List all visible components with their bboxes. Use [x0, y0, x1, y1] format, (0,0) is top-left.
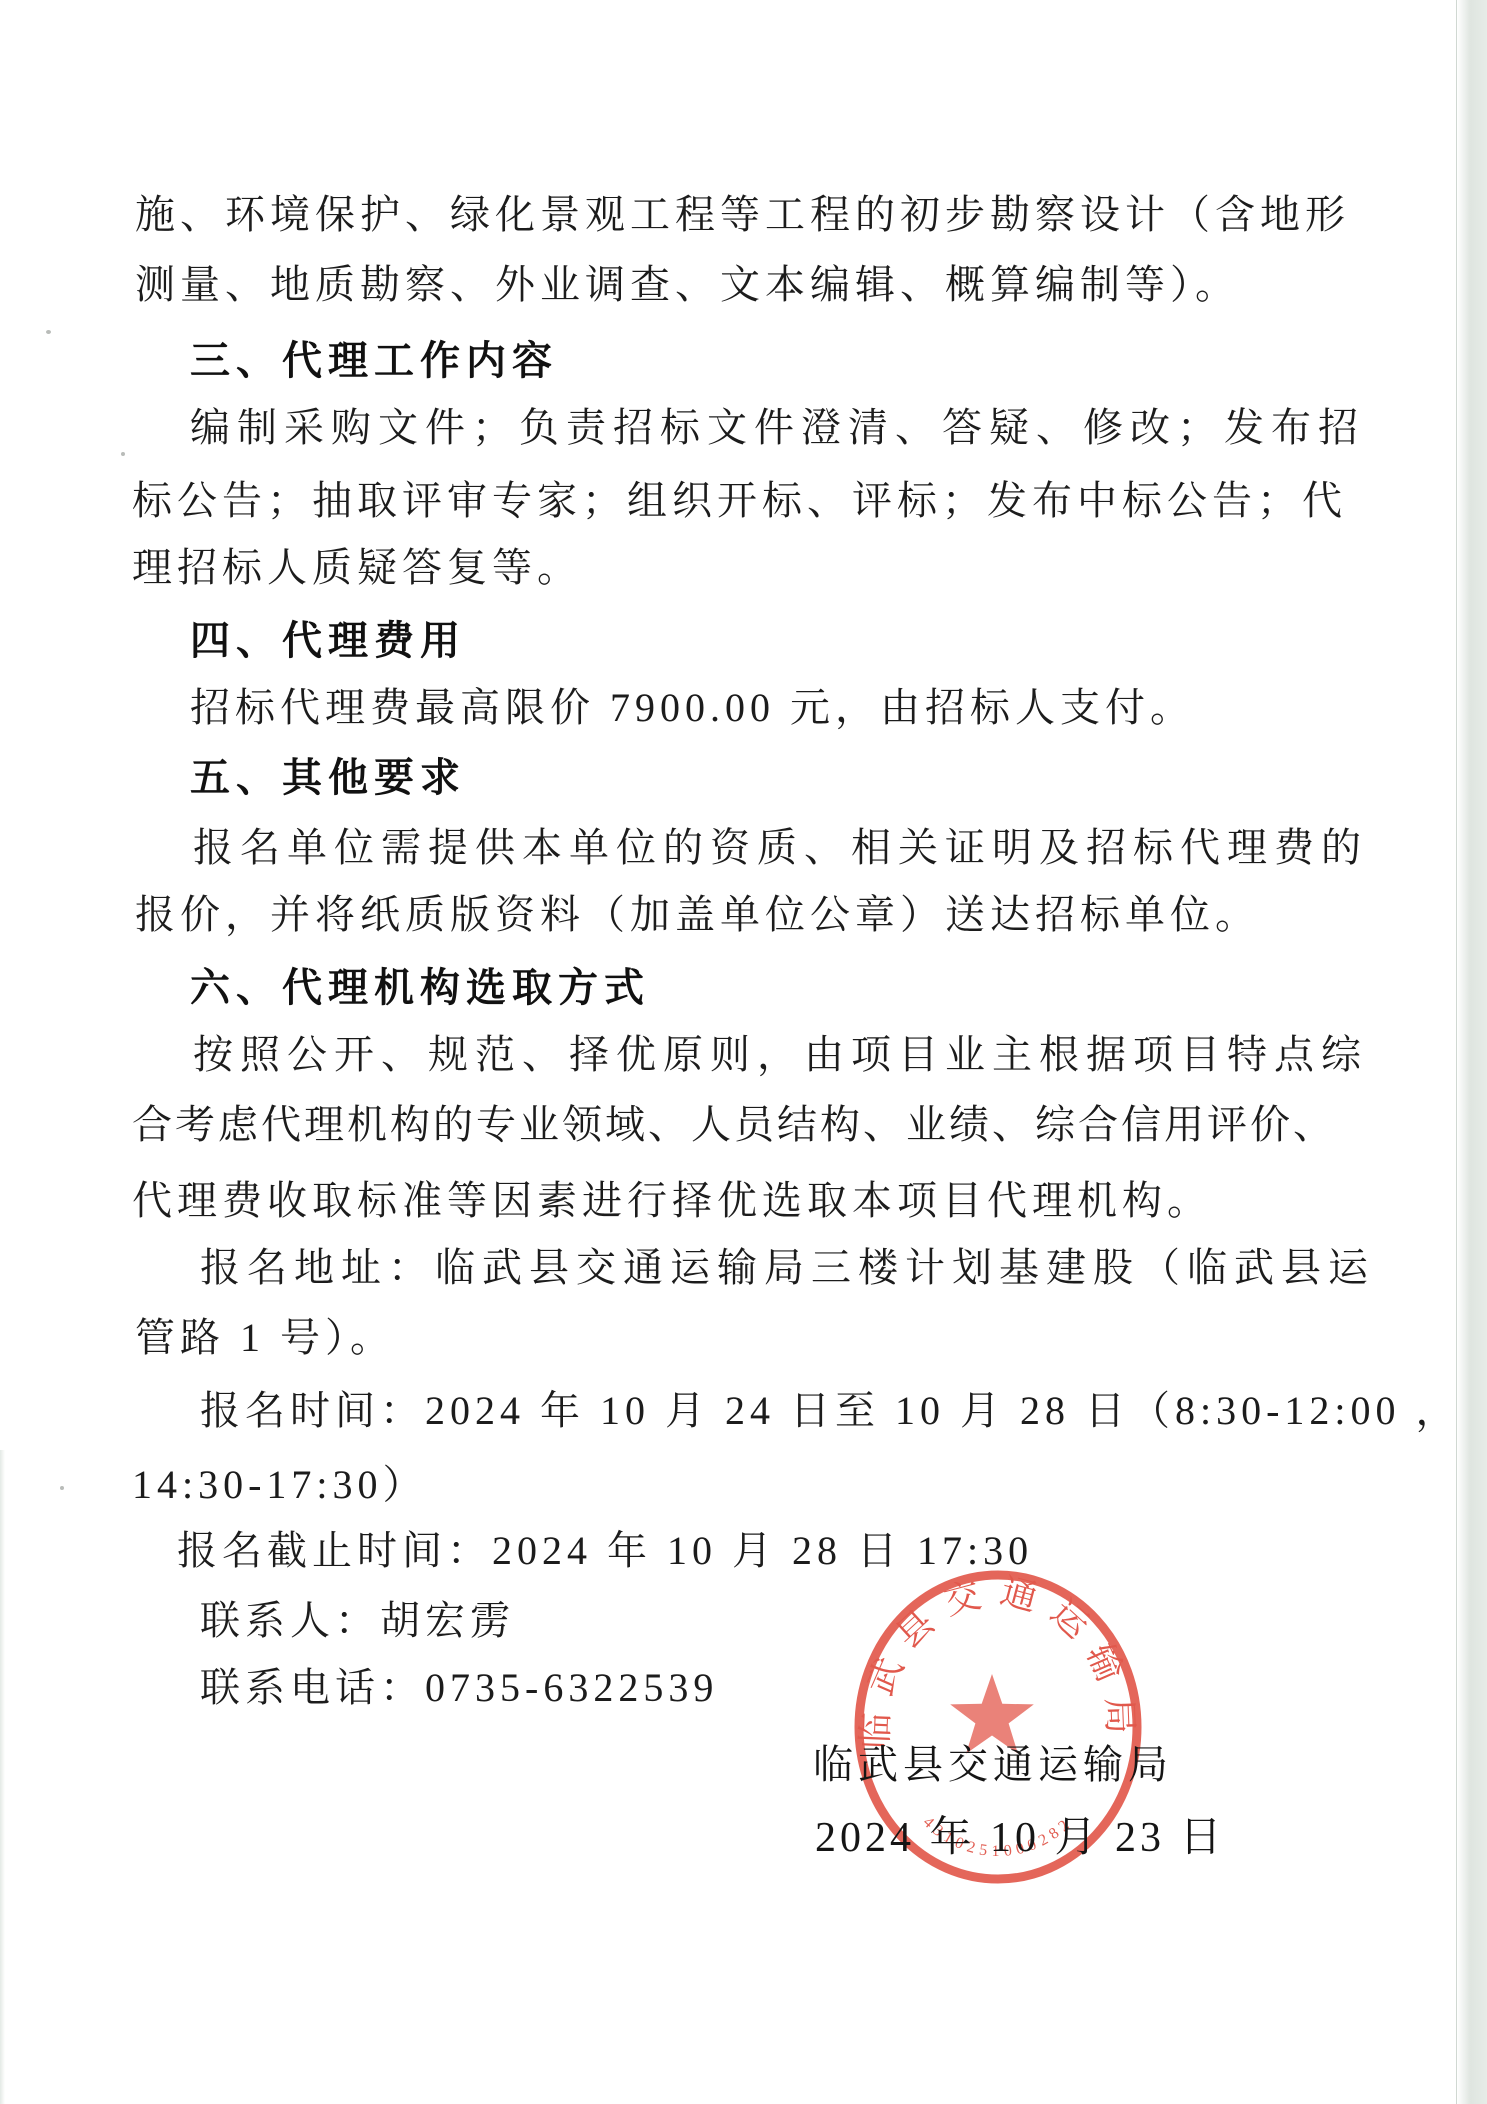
- signup-address-line: 报名地址：临武县交通运输局三楼计划基建股（临武县运: [200, 1246, 1375, 1290]
- paragraph-line: 按照公开、规范、择优原则，由项目业主根据项目特点综: [193, 1033, 1368, 1077]
- paragraph-line: 合考虑代理机构的专业领域、人员结构、业绩、综合信用评价、: [132, 1103, 1336, 1147]
- scan-speck: [60, 1486, 64, 1490]
- paragraph-line: 理招标人质疑答复等。: [132, 546, 582, 590]
- signup-time-line: 报名时间：2024 年 10 月 24 日至 10 月 28 日（8:30-12…: [200, 1389, 1461, 1433]
- signup-address-line: 管路 1 号）。: [135, 1316, 395, 1360]
- signup-time-line: 14:30-17:30）: [132, 1463, 428, 1507]
- paragraph-line: 施、环境保护、绿化景观工程等工程的初步勘察设计（含地形: [135, 193, 1350, 237]
- paragraph-line: 编制采购文件；负责招标文件澄清、答疑、修改；发布招: [190, 406, 1365, 450]
- paragraph-line: 报价，并将纸质版资料（加盖单位公章）送达招标单位。: [135, 893, 1260, 937]
- paragraph-line: 招标代理费最高限价 7900.00 元，由招标人支付。: [190, 686, 1195, 730]
- section-heading-3: 三、代理工作内容: [190, 339, 558, 383]
- contact-person-line: 联系人：胡宏雳: [200, 1599, 515, 1643]
- paragraph-line: 报名单位需提供本单位的资质、相关证明及招标代理费的: [193, 826, 1368, 870]
- signature-date: 2024 年 10 月 23 日: [815, 1804, 1226, 1864]
- signature-org: 临武县交通运输局: [813, 1733, 1173, 1790]
- paragraph-line: 测量、地质勘察、外业调查、文本编辑、概算编制等）。: [135, 263, 1240, 307]
- section-heading-5: 五、其他要求: [190, 756, 466, 800]
- scan-edge-artifact: [1456, 0, 1487, 2104]
- paragraph-line: 代理费收取标准等因素进行择优选取本项目代理机构。: [132, 1179, 1212, 1223]
- scan-speck: [46, 330, 51, 334]
- paragraph-line: 标公告；抽取评审专家；组织开标、评标；发布中标公告；代: [132, 479, 1347, 523]
- signup-deadline-line: 报名截止时间：2024 年 10 月 28 日 17:30: [177, 1529, 1033, 1573]
- scan-edge-artifact: [0, 1450, 5, 2104]
- scan-speck: [121, 452, 125, 456]
- scanned-document-page: 施、环境保护、绿化景观工程等工程的初步勘察设计（含地形 测量、地质勘察、外业调查…: [0, 0, 1487, 2104]
- section-heading-6: 六、代理机构选取方式: [190, 966, 650, 1010]
- contact-phone-line: 联系电话：0735-6322539: [200, 1666, 718, 1710]
- section-heading-4: 四、代理费用: [190, 619, 466, 663]
